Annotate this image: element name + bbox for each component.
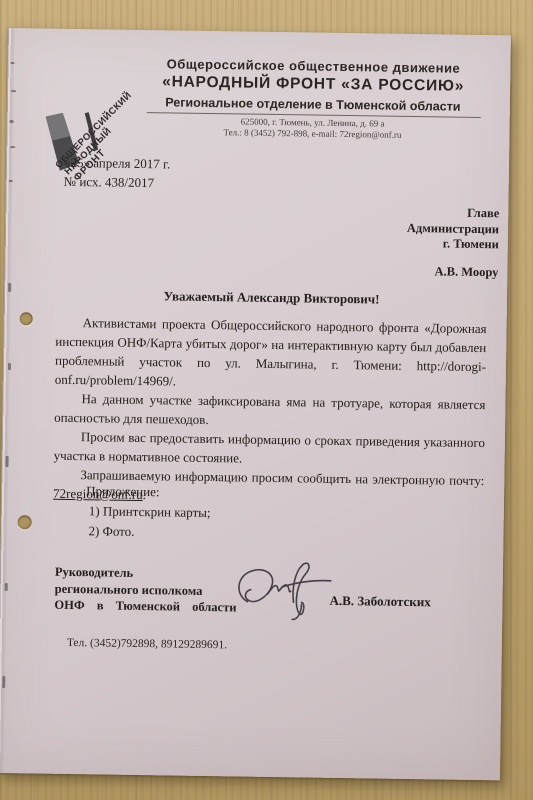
edge-mark: [2, 676, 5, 688]
edge-mark: [11, 90, 16, 92]
recipient-line: Главе: [407, 205, 499, 222]
letter-document: ОБЩЕРОССИЙСКИЙ НАРОДНЫЙ ФРОНТ Общероссий…: [0, 28, 511, 780]
edge-mark: [9, 180, 13, 182]
paragraph-1: Активистами проекта Общероссийского наро…: [55, 313, 487, 395]
paragraph-3: Просим вас предоставить информацию о сро…: [54, 427, 486, 471]
edge-mark: [8, 283, 11, 292]
paragraph-2: На данном участке зафиксирована яма на т…: [54, 389, 486, 433]
letter-outgoing-number: № исх. 438/2017: [64, 172, 170, 193]
recipient-line: г. Тюмени: [407, 236, 499, 253]
punch-hole-top: [20, 312, 33, 325]
letter-date: «25» апреля 2017 г.: [64, 153, 170, 174]
attachment-item: 2) Фото.: [88, 521, 210, 543]
photo-background: ОБЩЕРОССИЙСКИЙ НАРОДНЫЙ ФРОНТ Общероссий…: [0, 0, 533, 800]
letter-body: Активистами проекта Общероссийского наро…: [53, 313, 487, 509]
signer-position-line: ОНФ в Тюменской области: [54, 597, 236, 616]
recipient-block: Главе Администрации г. Тюмени А.В. Моору: [406, 205, 499, 280]
flag-icon-highlight: [45, 113, 70, 141]
paragraph-1-period: .: [173, 373, 176, 388]
signer-name: А.В. Заболотских: [329, 593, 430, 611]
footer-phones: Тел. (3452)792898, 89129289691.: [67, 637, 227, 651]
recipient-name: А.В. Моору: [406, 263, 498, 280]
attachments-title: Приложение:: [86, 481, 211, 503]
recipient-line: Администрации: [407, 220, 499, 237]
attachment-item: 1) Принтскрин карты;: [89, 501, 211, 523]
edge-mark: [8, 363, 11, 370]
attachments-block: Приложение: 1) Принтскрин карты; 2) Фото…: [85, 481, 211, 543]
edge-mark: [10, 62, 14, 64]
punch-hole-bottom: [18, 515, 32, 529]
edge-mark: [10, 120, 14, 123]
page-stack-edge: [0, 28, 15, 773]
signer-position-block: Руководитель регионального исполкома ОНФ…: [54, 564, 237, 616]
letterhead-organization: «НАРОДНЫЙ ФРОНТ «ЗА РОССИЮ»: [127, 73, 499, 97]
edge-mark: [10, 146, 15, 148]
letterhead-branch: Региональное отделение в Тюменской облас…: [127, 95, 499, 115]
letterhead: Общероссийское общественное движение «НА…: [126, 56, 499, 143]
signature-scribble: [231, 559, 336, 627]
signer-position-line: Руководитель: [55, 564, 237, 583]
salutation: Уважаемый Александр Викторович!: [56, 287, 487, 309]
edge-mark: [5, 456, 8, 467]
letter-meta: «25» апреля 2017 г. № исх. 438/2017: [64, 153, 171, 193]
edge-mark: [5, 583, 8, 591]
